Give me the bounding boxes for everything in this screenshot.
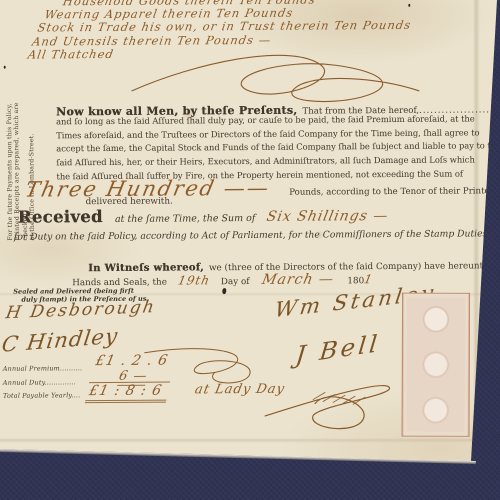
stamp-duty-panel [402, 293, 471, 437]
day-handwritten: 19th [177, 273, 212, 287]
year-printed: 180 [347, 276, 364, 286]
ink-speck [222, 288, 226, 294]
annual-duty-label: Annual Duty.............. [3, 378, 76, 387]
director-signature-flourish-icon [257, 371, 422, 434]
total-yearly-label: Total Payable Yearly.... [3, 391, 80, 400]
clause-closing: delivered herewith. [86, 197, 173, 208]
year-handwritten: 1 [363, 272, 375, 286]
document-content: Household Goods therein Ten Pounds Weari… [0, 0, 500, 500]
annual-premium-label: Annual Premium.......... [3, 364, 82, 373]
ink-speck [4, 66, 6, 69]
director-signature: J Bell [294, 329, 381, 369]
policy-paper: Household Goods therein Ten Pounds Weari… [0, 0, 500, 500]
duty-sum-handwritten: Six Shillings — [265, 208, 390, 225]
total-yearly-value: £1 : 8 : 6 [85, 382, 170, 404]
day-of-label: Day of [221, 277, 250, 287]
month-handwritten: March — [261, 271, 336, 288]
duty-line: for Duty on the ſaid Policy, according t… [14, 228, 490, 242]
received-text: at the ſame Time, the Sum of [115, 213, 255, 225]
after-sum-text: Pounds, according to the Tenor of their … [289, 186, 500, 198]
framed-document-photo: Household Goods therein Ten Pounds Weari… [0, 0, 500, 500]
received-clause: Received at the ſame Time, the Sum of Si… [18, 205, 388, 227]
received-label: Received [18, 207, 103, 227]
witness-signature: C Hindley [0, 324, 119, 357]
main-clause-body: and ſo long as the ſaid Aſſured ſhall du… [56, 112, 470, 183]
annual-premium-value: £1 . 2 . 6 [94, 353, 170, 370]
